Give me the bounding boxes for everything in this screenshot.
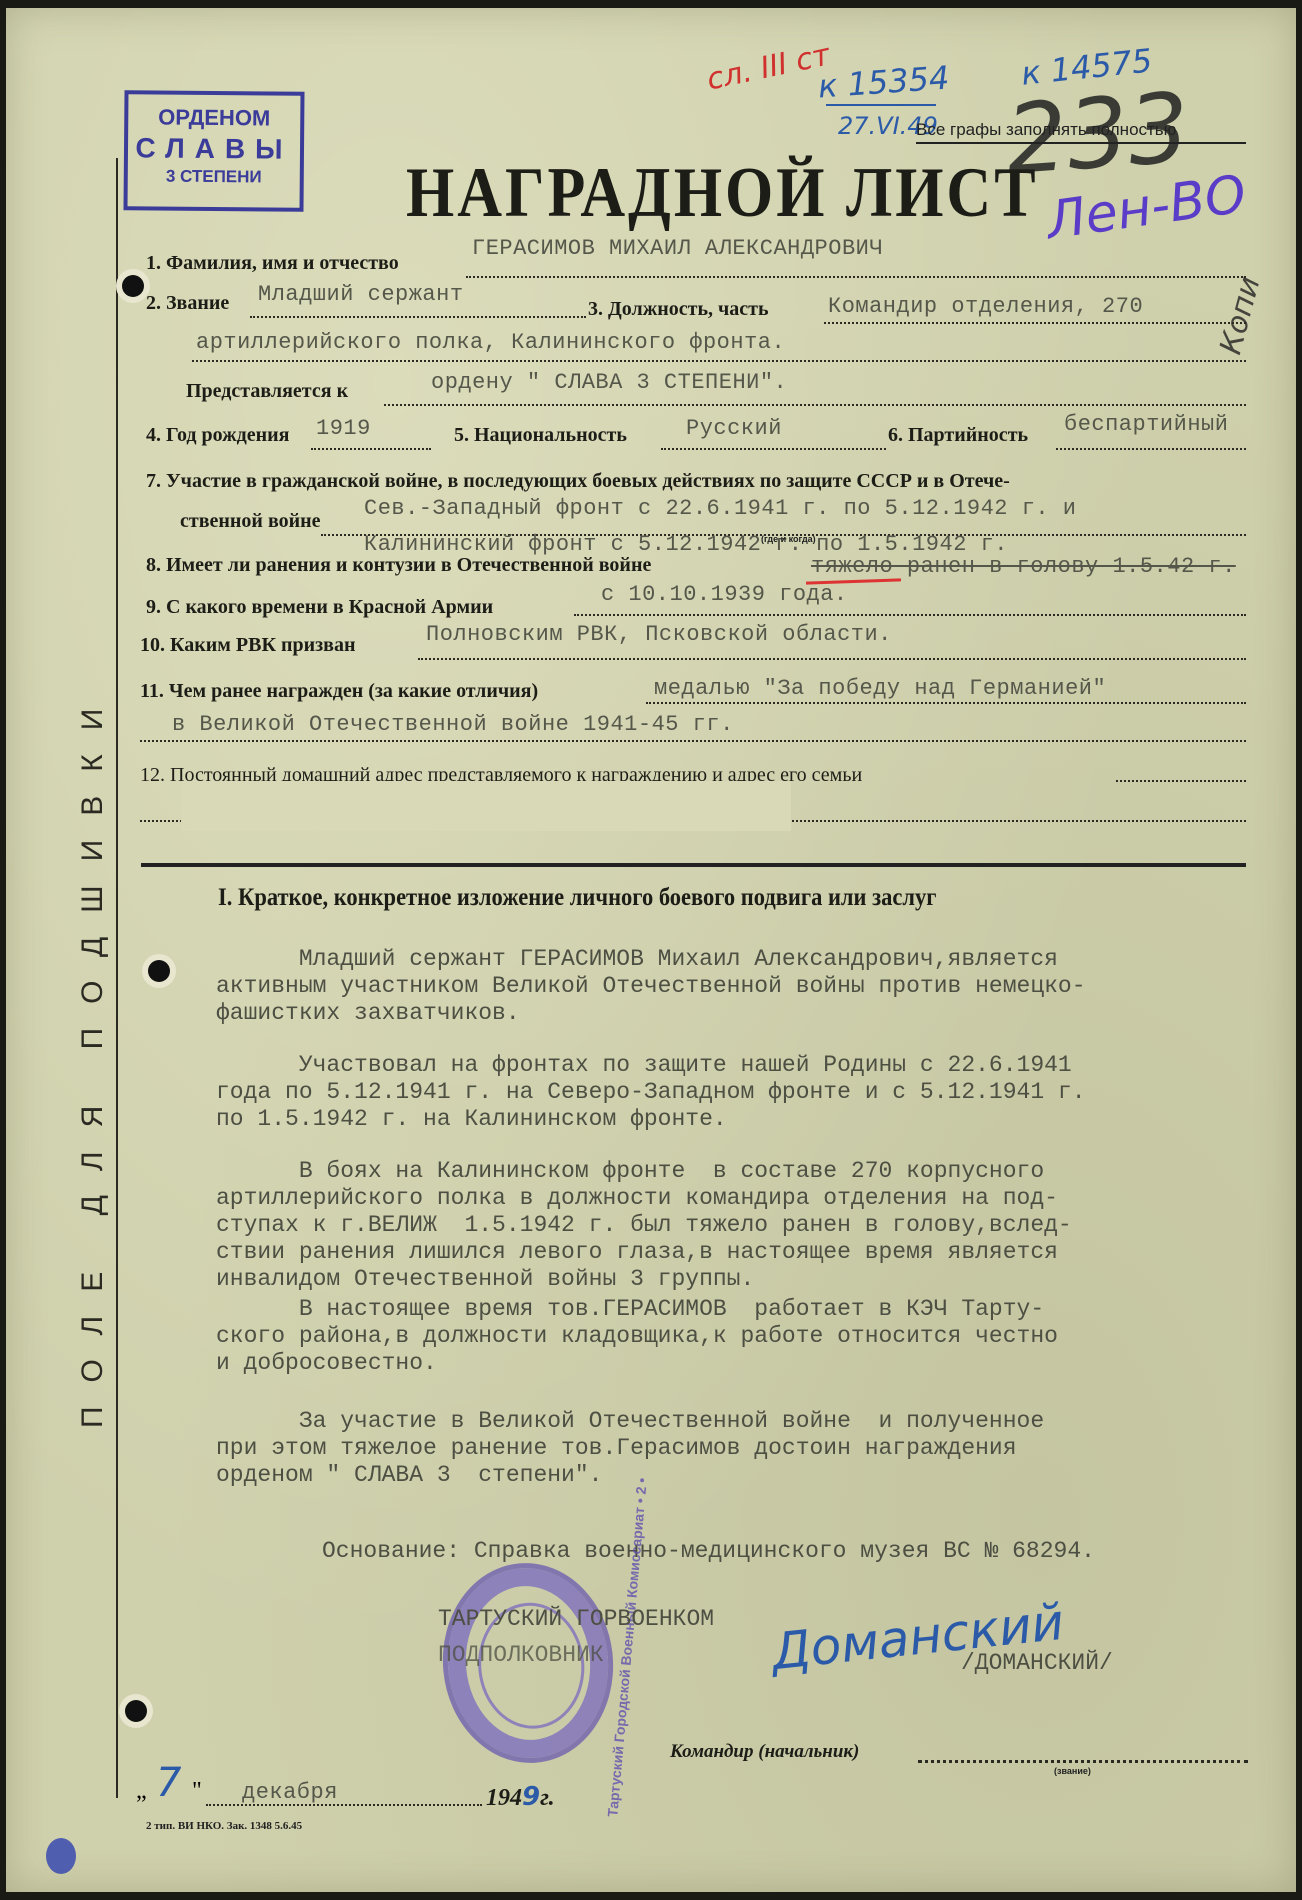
field-2-label: 2. Звание bbox=[146, 292, 229, 314]
commander-line bbox=[918, 1760, 1248, 1763]
date-close-quote: " bbox=[192, 1778, 202, 1805]
commander-label: Командир (начальник) bbox=[670, 1741, 859, 1763]
presented-for-label: Представляется к bbox=[186, 380, 348, 402]
award-sheet: ПОЛЕ ДЛЯ ПОДШИВКИ ОРДЕНОМ СЛАВЫ 3 СТЕПЕН… bbox=[6, 8, 1296, 1892]
field-6-line bbox=[1056, 448, 1246, 450]
field-6-label: 6. Партийность bbox=[888, 424, 1028, 446]
field-3-value: Командир отделения, 270 bbox=[828, 294, 1143, 319]
stamp-line-3: 3 СТЕПЕНИ bbox=[128, 166, 300, 188]
date-year: 1949г. bbox=[486, 1782, 555, 1812]
field-7-label-2: ственной войне bbox=[180, 510, 321, 532]
signer-name: /ДОМАНСКИЙ/ bbox=[961, 1650, 1302, 1677]
basis-text: Основание: Справка военно-медицинского м… bbox=[322, 1538, 1302, 1565]
date-open-quote: „ bbox=[136, 1778, 147, 1805]
date-month: декабря bbox=[242, 1780, 338, 1805]
field-11-value: медалью "За победу над Германией" bbox=[654, 676, 1106, 701]
handwritten-margin-note: Копи bbox=[1213, 273, 1267, 358]
section-title: I. Краткое, конкретное изложение личного… bbox=[218, 884, 936, 912]
field-9-value: с 10.10.1939 года. bbox=[601, 582, 848, 607]
fraction-line bbox=[826, 104, 936, 106]
binding-margin-text: ПОЛЕ ДЛЯ ПОДШИВКИ bbox=[76, 685, 110, 1428]
rank-hint: (звание) bbox=[1054, 1766, 1091, 1776]
print-info: 2 тип. ВИ НКО. Зак. 1348 5.6.45 bbox=[146, 1820, 302, 1832]
field-6-value: беспартийный bbox=[1064, 412, 1228, 437]
stamp-line-2: СЛАВЫ bbox=[128, 132, 300, 165]
punch-hole-icon bbox=[122, 275, 144, 297]
field-3-value-2: артиллерийского полка, Калининского фрон… bbox=[196, 330, 785, 355]
paragraph-3: В боях на Калининском фронте в составе 2… bbox=[216, 1158, 1236, 1293]
paragraph-5: За участие в Великой Отечественной войне… bbox=[216, 1408, 1236, 1489]
field-10-label: 10. Каким РВК призван bbox=[140, 634, 356, 656]
presented-for-line bbox=[384, 404, 1246, 406]
field-5-line bbox=[661, 448, 886, 450]
field-1-label: 1. Фамилия, имя и отчество bbox=[146, 252, 399, 274]
field-8-value: тяжело ранен в голову 1.5.42 г. bbox=[811, 554, 1236, 579]
binding-margin-line bbox=[116, 158, 118, 1798]
field-11-line bbox=[646, 702, 1246, 704]
punch-hole-icon bbox=[125, 1700, 147, 1722]
field-4-line bbox=[311, 448, 431, 450]
field-3-line-2 bbox=[192, 360, 1246, 362]
handwritten-red-note: сл. III ст bbox=[704, 37, 833, 97]
field-9-line bbox=[574, 614, 1246, 616]
field-7-value: Сев.-Западный фронт с 22.6.1941 г. по 5.… bbox=[364, 496, 1077, 521]
date-day: 7 bbox=[156, 1760, 181, 1806]
ink-blot bbox=[46, 1838, 76, 1874]
field-11-line-2 bbox=[140, 740, 1246, 742]
punch-hole-icon bbox=[148, 960, 170, 982]
field-10-value: Полновским РВК, Псковской области. bbox=[426, 622, 892, 647]
field-2-line bbox=[250, 316, 586, 318]
field-1-value: ГЕРАСИМОВ МИХАИЛ АЛЕКСАНДРОВИЧ bbox=[472, 236, 883, 261]
paragraph-4: В настоящее время тов.ГЕРАСИМОВ работает… bbox=[216, 1296, 1236, 1377]
field-3-label: 3. Должность, часть bbox=[588, 298, 769, 320]
field-7-label: 7. Участие в гражданской войне, в послед… bbox=[146, 470, 1010, 492]
presented-for-value: ордену " СЛАВА 3 СТЕПЕНИ". bbox=[431, 370, 787, 395]
field-4-label: 4. Год рождения bbox=[146, 424, 290, 446]
field-8-label: 8. Имеет ли ранения и контузии в Отечест… bbox=[146, 554, 651, 576]
page-title: НАГРАДНОЙ ЛИСТ bbox=[406, 153, 1039, 235]
field-11-label: 11. Чем ранее награжден (за какие отличи… bbox=[140, 680, 538, 702]
field-4-value: 1919 bbox=[316, 416, 371, 441]
field-9-label: 9. С какого времени в Красной Армии bbox=[146, 596, 493, 618]
handwritten-ref-1: к 15354 bbox=[817, 58, 951, 105]
field-2-value: Младший сержант bbox=[258, 282, 464, 307]
field-12-line bbox=[1116, 780, 1246, 782]
field-3-line bbox=[824, 322, 1246, 324]
redacted-address bbox=[181, 781, 791, 831]
order-stamp: ОРДЕНОМ СЛАВЫ 3 СТЕПЕНИ bbox=[123, 90, 304, 212]
field-11-value-2: в Великой Отечественной войне 1941-45 гг… bbox=[172, 712, 734, 737]
field-5-value: Русский bbox=[686, 416, 782, 441]
field-5-label: 5. Национальность bbox=[454, 424, 627, 446]
field-10-line bbox=[418, 658, 1246, 660]
paragraph-2: Участвовал на фронтах по защите нашей Ро… bbox=[216, 1052, 1236, 1133]
stamp-line-1: ОРДЕНОМ bbox=[128, 104, 300, 131]
date-line bbox=[206, 1804, 482, 1806]
field-1-line bbox=[466, 276, 1246, 278]
paragraph-1: Младший сержант ГЕРАСИМОВ Михаил Алексан… bbox=[216, 946, 1236, 1027]
section-divider bbox=[141, 863, 1246, 867]
field-7-hint: (где и когда) bbox=[761, 534, 816, 544]
